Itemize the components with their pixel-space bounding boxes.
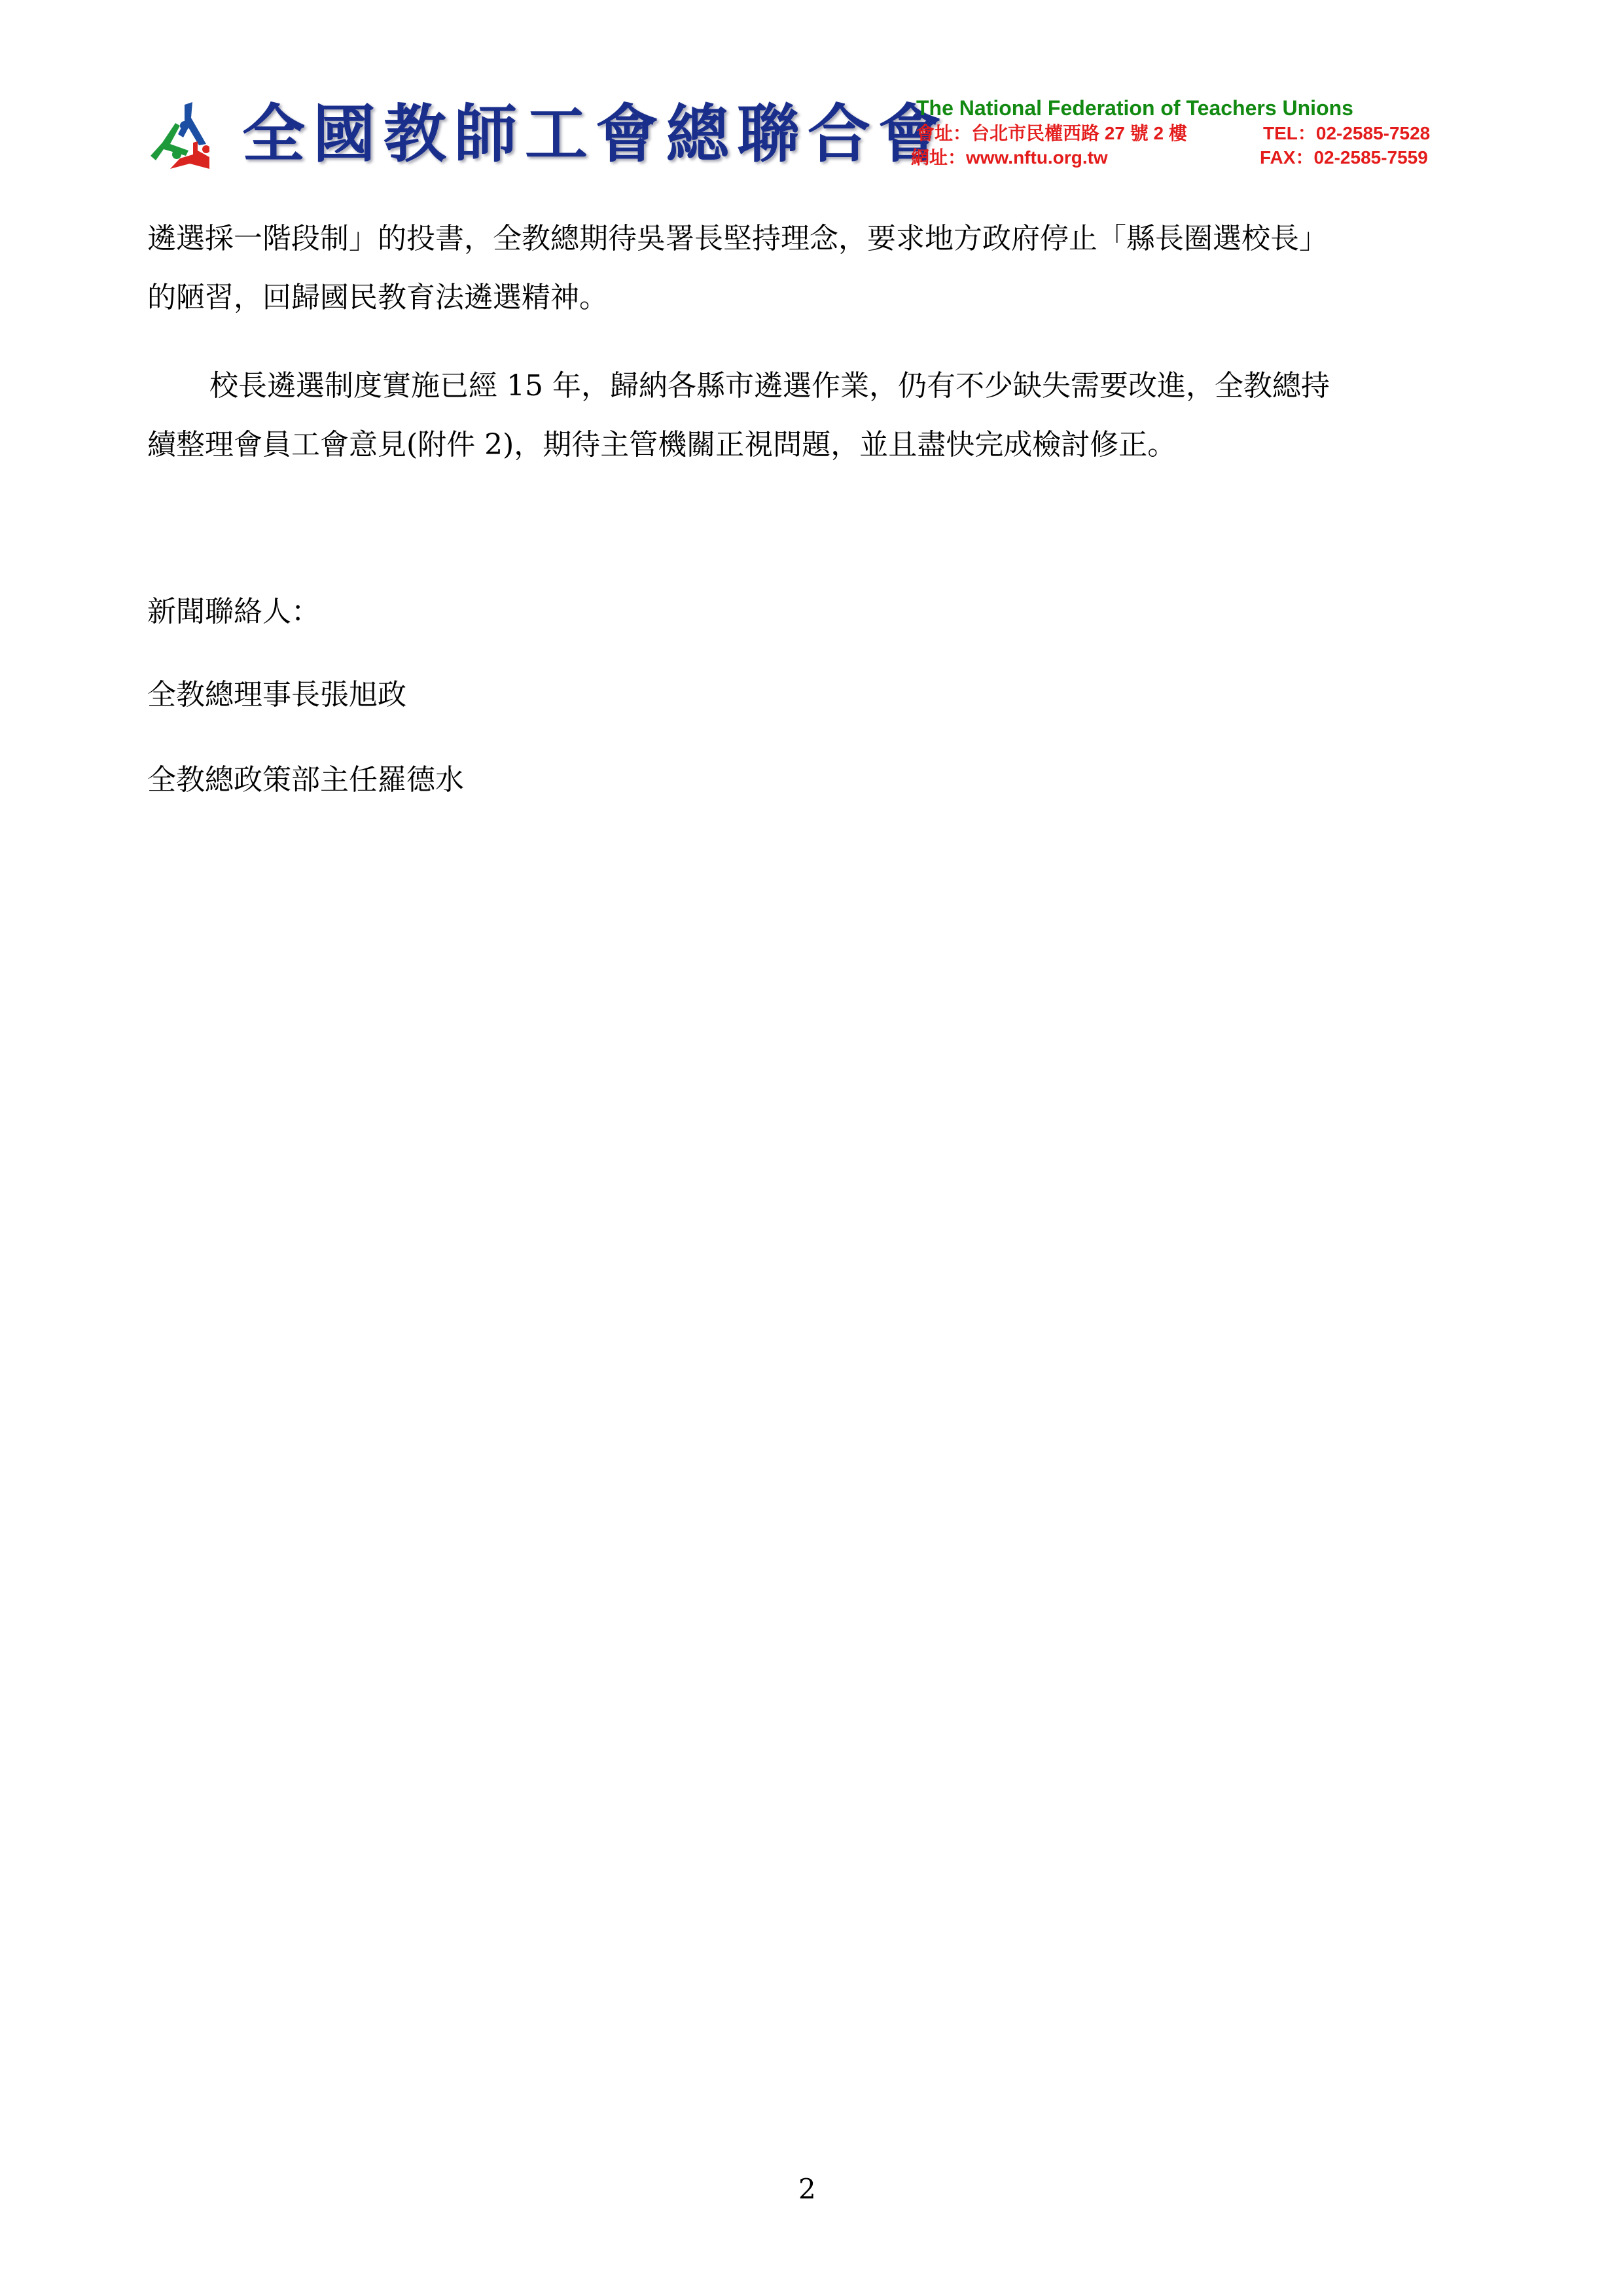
website-fax-row: 網址：www.nftu.org.tw FAX：02-2585-7559 — [916, 145, 1459, 170]
press-contact-label: 新聞聯絡人： — [147, 592, 320, 632]
organization-contact-block: The National Federation of Teachers Unio… — [916, 95, 1459, 170]
fax: FAX：02-2585-7559 — [1260, 145, 1428, 170]
telephone: TEL：02-2585-7528 — [1263, 121, 1430, 145]
paragraph-1-line-2: 的陋習，回歸國民教育法遴選精神。 — [147, 278, 608, 317]
union-name-logo-text: 全國教師工會總聯合會 — [242, 98, 949, 170]
press-contact-1: 全教總理事長張旭政 — [147, 675, 406, 715]
union-logo-icon — [144, 98, 209, 170]
letterhead: 全國教師工會總聯合會 The National Federation of Te… — [0, 0, 1623, 196]
address: 會址：台北市民權西路 27 號 2 樓 — [916, 121, 1187, 145]
paragraph-2-line-1: 校長遴選制度實施已經 15 年，歸納各縣市遴選作業，仍有不少缺失需要改進，全教總… — [209, 367, 1330, 406]
paragraph-1-line-1: 遴選採一階段制」的投書，全教總期待吳署長堅持理念，要求地方政府停止「縣長圈選校長… — [147, 219, 1328, 259]
press-contact-2: 全教總政策部主任羅德水 — [147, 761, 464, 800]
address-tel-row: 會址：台北市民權西路 27 號 2 樓 TEL：02-2585-7528 — [916, 121, 1459, 145]
website-link[interactable]: 網址：www.nftu.org.tw — [911, 145, 1108, 170]
org-name-english: The National Federation of Teachers Unio… — [916, 95, 1459, 121]
paragraph-2-line-2: 續整理會員工會意見(附件 2)，期待主管機關正視問題，並且盡快完成檢討修正。 — [147, 425, 1176, 465]
page-number: 2 — [798, 2173, 816, 2205]
